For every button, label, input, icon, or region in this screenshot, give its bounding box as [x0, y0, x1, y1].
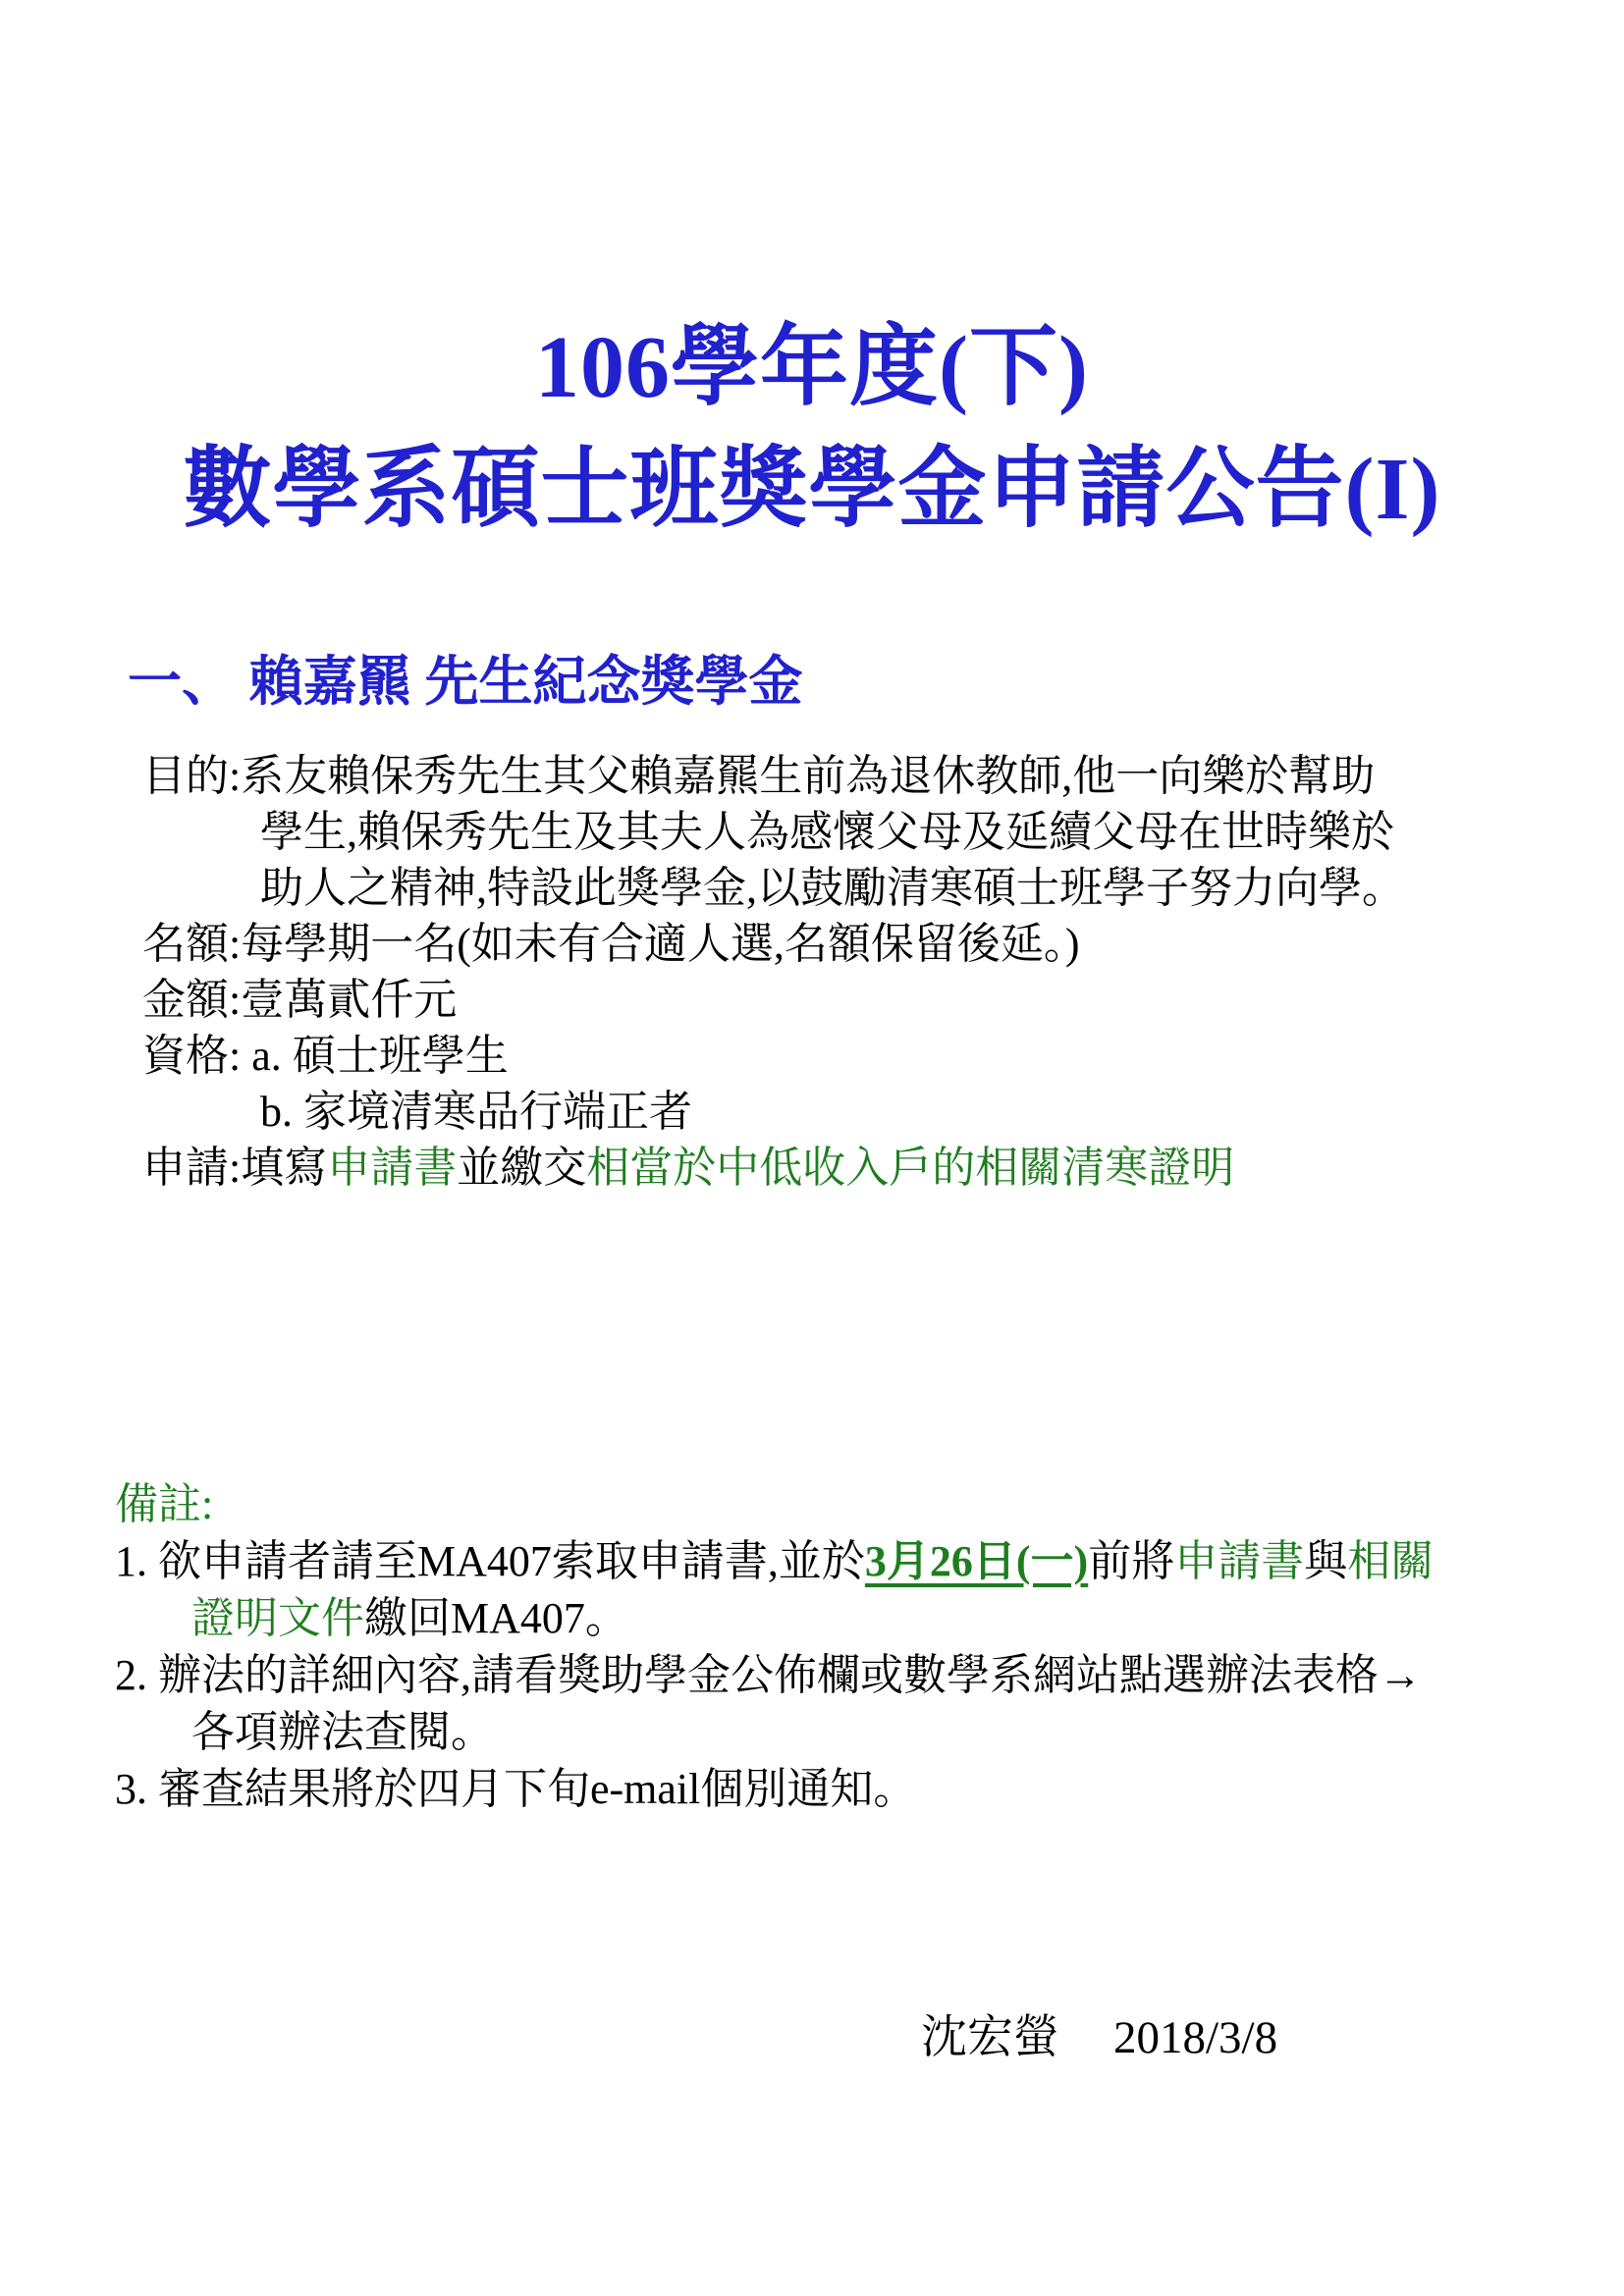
application-seg-3: 並繳交	[457, 1144, 586, 1192]
purpose-line-3: 助人之精神,特設此獎學金,以鼓勵清寒碩士班學子努力向學。	[142, 860, 1545, 916]
note-1-seg-5: 與	[1304, 1537, 1347, 1585]
qualification-line-b: b. 家境清寒品行端正者	[142, 1084, 1545, 1140]
notes-section: 備註: 1. 欲申請者請至MA407索取申請書,並於3月26日(一)前將申請書與…	[115, 1476, 1565, 1818]
note-2-line-1: 2. 辦法的詳細內容,請看獎助學金公佈欄或數學系網站點選辦法表格→	[115, 1647, 1565, 1704]
note-1-seg-6-highlight: 相關	[1347, 1537, 1434, 1585]
quota-line: 名額:每學期一名(如未有合適人選,名額保留後延。)	[142, 916, 1545, 972]
note-3-line: 3. 審查結果將於四月下旬e-mail個別通知。	[115, 1761, 1565, 1818]
application-seg-2-highlight: 申請書	[327, 1144, 457, 1192]
note-1-seg-1: 1. 欲申請者請至MA407索取申請書,並於	[115, 1537, 865, 1585]
note-1-line-2: 證明文件繳回MA407。	[115, 1590, 1565, 1647]
signature-date: 2018/3/8	[1113, 2012, 1277, 2063]
application-seg-1: 申請:填寫	[142, 1144, 327, 1192]
application-seg-4-highlight: 相當於中低收入戶的相關清寒證明	[586, 1144, 1234, 1192]
signature-line: 沈宏螢2018/3/8	[921, 2001, 1277, 2066]
section-heading-scholarship-1: 一、 賴嘉羆 先生紀念獎學金	[128, 638, 803, 716]
note-1-seg-4-highlight: 申請書	[1174, 1537, 1304, 1585]
note-1-seg-3: 前將	[1088, 1537, 1174, 1585]
application-line: 申請:填寫申請書並繳交相當於中低收入戶的相關清寒證明	[142, 1140, 1545, 1196]
scholarship-details: 目的:系友賴保秀先生其父賴嘉羆生前為退休教師,他一向樂於幫助 學生,賴保秀先生及…	[142, 748, 1545, 1196]
notes-heading: 備註:	[115, 1476, 1565, 1533]
note-1-line-2-highlight: 證明文件	[191, 1594, 364, 1642]
note-1-line-1: 1. 欲申請者請至MA407索取申請書,並於3月26日(一)前將申請書與相關	[115, 1533, 1565, 1590]
signature-name: 沈宏螢	[921, 2012, 1059, 2063]
note-1-line-2-seg-2: 繳回MA407。	[364, 1594, 628, 1642]
purpose-line-2: 學生,賴保秀先生及其夫人為感懷父母及延續父母在世時樂於	[142, 804, 1545, 860]
qualification-line-a: 資格: a. 碩士班學生	[142, 1028, 1545, 1084]
document-title-line-2: 數學系碩士班獎學金申請公告(I)	[0, 416, 1624, 544]
amount-line: 金額:壹萬貳仟元	[142, 972, 1545, 1028]
purpose-line-1: 目的:系友賴保秀先生其父賴嘉羆生前為退休教師,他一向樂於幫助	[142, 748, 1545, 804]
note-2-line-2: 各項辦法查閱。	[115, 1704, 1565, 1761]
document-page: 106學年度(下) 數學系碩士班獎學金申請公告(I) 一、 賴嘉羆 先生紀念獎學…	[0, 0, 1624, 2296]
document-title-line-1: 106學年度(下)	[0, 294, 1624, 422]
note-1-deadline-date: 3月26日(一)	[865, 1537, 1088, 1585]
